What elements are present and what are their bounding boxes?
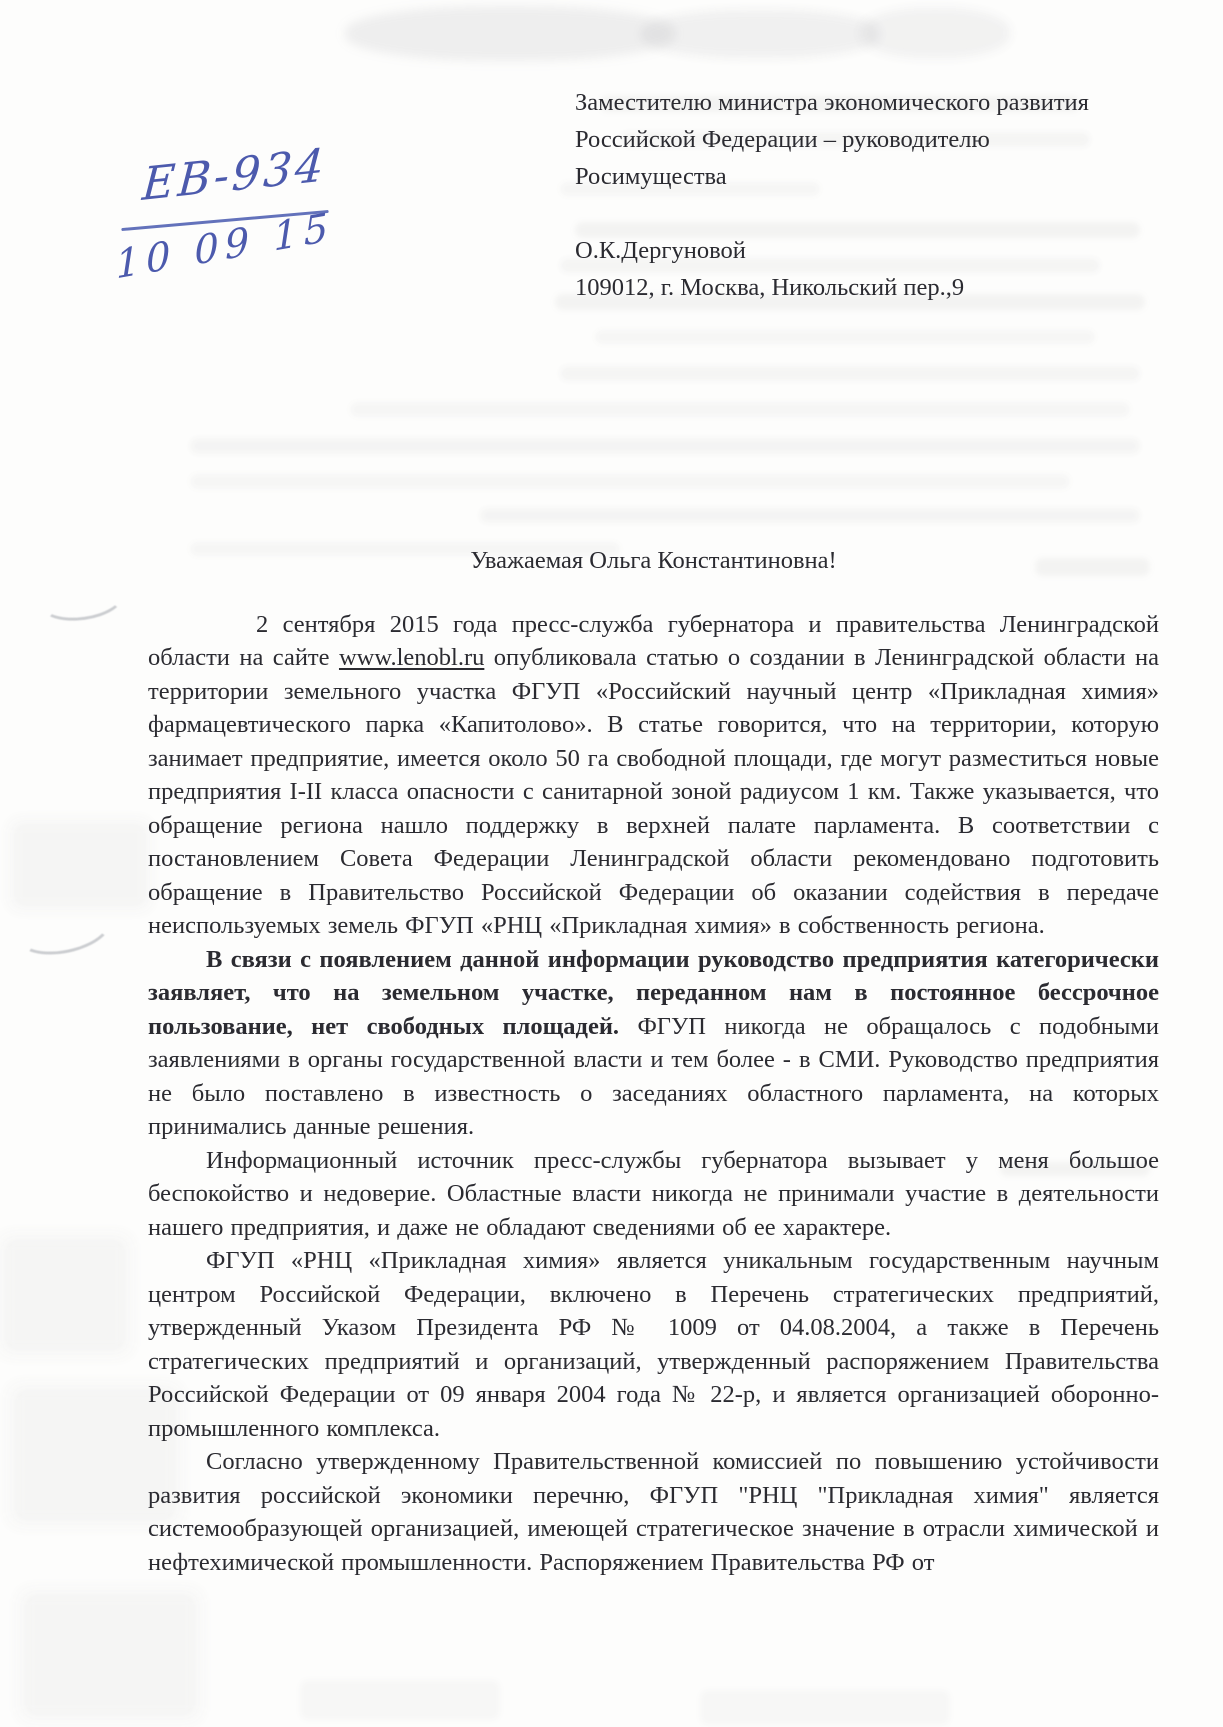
website-url: www.lenobl.ru <box>339 644 484 671</box>
letter-paragraph: Информационный источник пресс-службы губ… <box>148 1144 1159 1245</box>
recipient-gap <box>575 195 1175 232</box>
letter-paragraph: ФГУП «РНЦ «Прикладная химия» является ун… <box>148 1244 1159 1445</box>
letter-content: Уважаемая Ольга Константиновна! 2 сентяб… <box>148 544 1159 1579</box>
recipient-address: 109012, г. Москва, Никольский пер.,9 <box>575 269 1175 306</box>
handwritten-date: 10 09 15 <box>115 205 335 289</box>
scan-smudge <box>20 1590 200 1720</box>
recipient-line: Российской Федерации – руководителю <box>575 121 1175 158</box>
scan-smudge <box>0 1235 130 1355</box>
recipient-line: Росимущества <box>575 158 1175 195</box>
bleed-through-line <box>190 438 1140 454</box>
bleed-through-line <box>560 366 1140 381</box>
recipient-line: Заместителю министра экономического разв… <box>575 84 1175 121</box>
scanned-letter-page: ЕВ-934 10 09 15 Заместителю министра эко… <box>0 0 1223 1727</box>
letter-paragraph: В связи с появлением данной информации р… <box>148 943 1159 1144</box>
recipient-block: Заместителю министра экономического разв… <box>575 84 1175 306</box>
punch-hole-mark <box>12 896 116 963</box>
scan-smudge <box>10 820 150 910</box>
bleed-through-line <box>595 330 1095 344</box>
letter-paragraph: Согласно утвержденному Правительственной… <box>148 1445 1159 1579</box>
letter-paragraph: 2 сентября 2015 года пресс-служба губерн… <box>148 608 1159 943</box>
scan-smudge <box>640 10 880 58</box>
scan-smudge <box>345 6 675 61</box>
punch-hole-mark <box>38 574 127 625</box>
handwritten-registration-number: ЕВ-934 <box>141 138 329 211</box>
scan-smudge <box>860 8 1010 58</box>
bleed-through-line <box>480 508 1140 523</box>
recipient-name: О.К.Дергуновой <box>575 232 1175 269</box>
salutation: Уважаемая Ольга Константиновна! <box>148 544 1159 578</box>
letter-body: 2 сентября 2015 года пресс-служба губерн… <box>148 608 1159 1580</box>
scan-smudge <box>300 1680 500 1720</box>
scan-smudge <box>700 1690 950 1725</box>
bleed-through-line <box>190 474 1070 489</box>
bleed-through-line <box>350 402 1130 417</box>
